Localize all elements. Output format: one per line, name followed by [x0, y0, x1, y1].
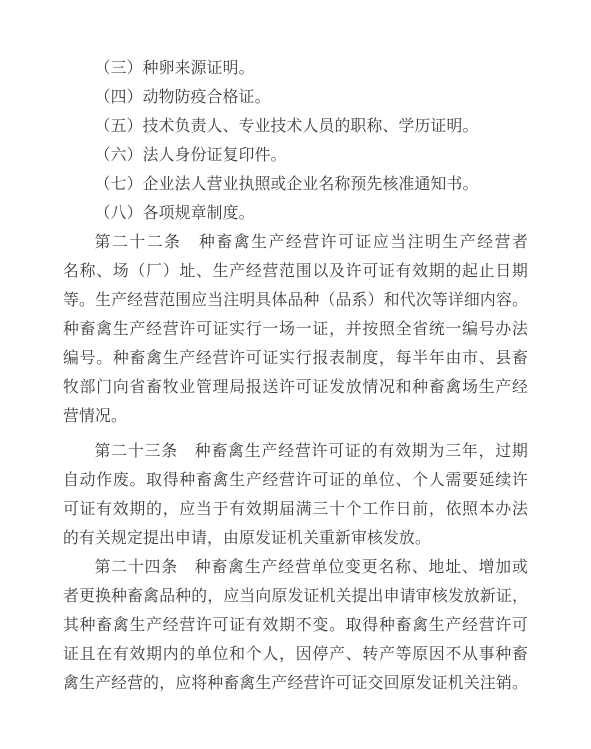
- article-line: 营情况。: [63, 402, 528, 431]
- list-item: （五）技术负责人、专业技术人员的职称、学历证明。: [63, 112, 528, 141]
- article-line: 证且在有效期内的单位和个人，因停产、转产等原因不从事种畜: [63, 640, 528, 669]
- list-item: （八）各项规章制度。: [63, 199, 528, 228]
- article-line: 者更换种畜禽品种的，应当向原发证机关提出申请审核发放新证，: [63, 582, 528, 611]
- article-line: 等。生产经营范围应当注明具体品种（品系）和代次等详细内容。: [63, 286, 528, 315]
- article-line: 种畜禽生产经营许可证实行一场一证，并按照全省统一编号办法: [63, 315, 528, 344]
- article-line: 第二十二条 种畜禽生产经营许可证应当注明生产经营者: [63, 228, 528, 257]
- article-24: 第二十四条 种畜禽生产经营单位变更名称、地址、增加或 者更换种畜禽品种的，应当向…: [63, 553, 528, 698]
- application-materials-list: （三）种卵来源证明。 （四）动物防疫合格证。 （五）技术负责人、专业技术人员的职…: [63, 54, 528, 228]
- article-line: 自动作废。取得种畜禽生产经营许可证的单位、个人需要延续许: [63, 466, 528, 495]
- list-item: （七）企业法人营业执照或企业名称预先核准通知书。: [63, 170, 528, 199]
- article-line: 其种畜禽生产经营许可证有效期不变。取得种畜禽生产经营许可: [63, 611, 528, 640]
- article-line: 可证有效期的，应当于有效期届满三十个工作日前，依照本办法: [63, 495, 528, 524]
- article-line: 编号。种畜禽生产经营许可证实行报表制度，每半年由市、县畜: [63, 344, 528, 373]
- article-23: 第二十三条 种畜禽生产经营许可证的有效期为三年，过期 自动作废。取得种畜禽生产经…: [63, 437, 528, 553]
- article-22: 第二十二条 种畜禽生产经营许可证应当注明生产经营者 名称、场（厂）址、生产经营范…: [63, 228, 528, 431]
- article-line: 第二十三条 种畜禽生产经营许可证的有效期为三年，过期: [63, 437, 528, 466]
- article-line: 牧部门向省畜牧业管理局报送许可证发放情况和种畜禽场生产经: [63, 373, 528, 402]
- list-item: （六）法人身份证复印件。: [63, 141, 528, 170]
- article-line: 第二十四条 种畜禽生产经营单位变更名称、地址、增加或: [63, 553, 528, 582]
- list-item: （四）动物防疫合格证。: [63, 83, 528, 112]
- document-page: （三）种卵来源证明。 （四）动物防疫合格证。 （五）技术负责人、专业技术人员的职…: [0, 0, 591, 698]
- article-line: 禽生产经营的，应将种畜禽生产经营许可证交回原发证机关注销。: [63, 669, 528, 698]
- article-line: 名称、场（厂）址、生产经营范围以及许可证有效期的起止日期: [63, 257, 528, 286]
- list-item: （三）种卵来源证明。: [63, 54, 528, 83]
- article-line: 的有关规定提出申请，由原发证机关重新审核发放。: [63, 524, 528, 553]
